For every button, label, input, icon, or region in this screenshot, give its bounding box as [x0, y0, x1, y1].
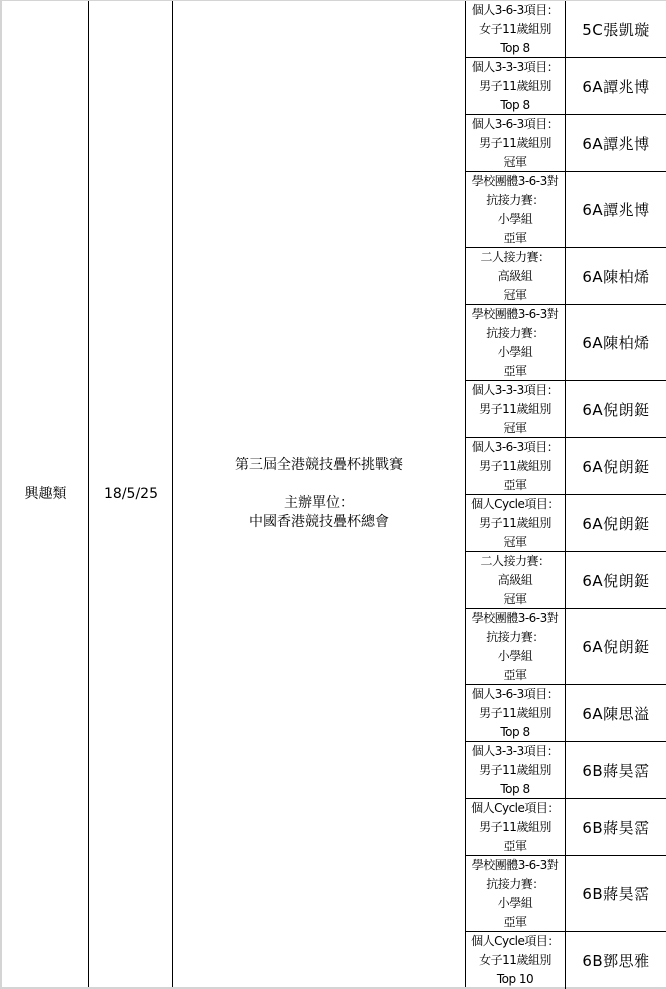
table-row: 個人Cycle項目：女子11歲組別Top 106B鄧思雅	[465, 932, 666, 989]
award-winner: 6A倪朗鋌	[566, 609, 666, 684]
award-item-line: 高級組	[498, 267, 533, 286]
award-item-cell: 個人Cycle項目：男子11歲組別冠軍	[465, 495, 566, 551]
award-item-cell: 個人3-6-3項目：女子11歲組別Top 8	[465, 1, 566, 57]
award-item-line: 亞軍	[503, 362, 526, 381]
award-winner: 6B蔣昊霑	[566, 856, 666, 931]
table-row: 二人接力賽：高級組冠軍6A陳柏烯	[465, 248, 666, 305]
award-item-line: 小學組	[498, 647, 533, 666]
award-item-line: 個人3-6-3項目：	[472, 685, 559, 704]
award-item-cell: 學校團體3-6-3對抗接力賽：小學組亞軍	[465, 305, 566, 380]
award-item-cell: 學校團體3-6-3對抗接力賽：小學組亞軍	[465, 856, 566, 931]
award-item-cell: 個人3-3-3項目：男子11歲組別Top 8	[465, 58, 566, 114]
award-item-line: 冠軍	[503, 590, 526, 609]
table-row: 個人3-6-3項目：男子11歲組別冠軍6A譚兆博	[465, 115, 666, 172]
award-item-cell: 個人3-6-3項目：男子11歲組別冠軍	[465, 115, 566, 171]
award-winner: 6A陳柏烯	[566, 248, 666, 304]
award-winner: 6A譚兆博	[566, 58, 666, 114]
award-item-line: 女子11歲組別	[479, 951, 551, 970]
award-item-line: 抗接力賽：	[486, 324, 544, 343]
award-item-cell: 二人接力賽：高級組冠軍	[465, 248, 566, 304]
organizer-label: 主辦單位：	[284, 494, 354, 513]
table-row: 學校團體3-6-3對抗接力賽：小學組亞軍6A倪朗鋌	[465, 609, 666, 685]
award-item-line: 小學組	[498, 210, 533, 229]
event-cell: 第三屆全港競技疊杯挑戰賽 主辦單位： 中國香港競技疊杯總會	[172, 1, 466, 987]
award-winner: 6A倪朗鋌	[566, 495, 666, 551]
award-item-cell: 學校團體3-6-3對抗接力賽：小學組亞軍	[465, 172, 566, 247]
award-item-line: 男子11歲組別	[479, 704, 551, 723]
award-item-line: 抗接力賽：	[486, 191, 544, 210]
award-item-line: 男子11歲組別	[479, 77, 551, 96]
event-name: 第三屆全港競技疊杯挑戰賽	[235, 456, 403, 475]
award-item-line: Top 10	[497, 970, 533, 989]
award-item-line: 個人3-6-3項目：	[472, 438, 559, 457]
award-item-line: 小學組	[498, 343, 533, 362]
award-winner: 6A譚兆博	[566, 172, 666, 247]
award-winner: 6B蔣昊霑	[566, 742, 666, 798]
award-item-line: Top 8	[500, 723, 529, 742]
award-item-line: 女子11歲組別	[479, 20, 551, 39]
award-item-line: 二人接力賽：	[480, 248, 549, 267]
date-cell: 18/5/25	[88, 1, 173, 987]
award-item-line: 個人3-3-3項目：	[472, 742, 559, 761]
award-item-line: Top 8	[500, 39, 529, 58]
award-winner: 6A倪朗鋌	[566, 381, 666, 437]
table-row: 學校團體3-6-3對抗接力賽：小學組亞軍6A譚兆博	[465, 172, 666, 248]
table-row: 學校團體3-6-3對抗接力賽：小學組亞軍6B蔣昊霑	[465, 856, 666, 932]
table-row: 個人3-6-3項目：女子11歲組別Top 85C張凱璇	[465, 1, 666, 58]
award-winner: 6B鄧思雅	[566, 932, 666, 989]
award-item-line: 個人Cycle項目：	[471, 799, 559, 818]
table-row: 個人3-3-3項目：男子11歲組別Top 86A譚兆博	[465, 58, 666, 115]
award-item-line: 冠軍	[503, 533, 526, 552]
award-item-line: 冠軍	[503, 419, 526, 438]
award-item-cell: 個人3-6-3項目：男子11歲組別Top 8	[465, 685, 566, 741]
award-item-cell: 個人Cycle項目：女子11歲組別Top 10	[465, 932, 566, 989]
award-item-line: 個人3-3-3項目：	[472, 58, 559, 77]
award-item-line: 男子11歲組別	[479, 761, 551, 780]
award-item-cell: 二人接力賽：高級組冠軍	[465, 552, 566, 608]
table-row: 二人接力賽：高級組冠軍6A倪朗鋌	[465, 552, 666, 609]
award-item-line: 個人Cycle項目：	[471, 932, 559, 951]
table-row: 個人3-6-3項目：男子11歲組別亞軍6A倪朗鋌	[465, 438, 666, 495]
award-item-line: 個人3-6-3項目：	[472, 115, 559, 134]
award-item-line: 學校團體3-6-3對	[472, 856, 559, 875]
award-item-cell: 個人3-6-3項目：男子11歲組別亞軍	[465, 438, 566, 494]
award-item-cell: 個人Cycle項目：男子11歲組別亞軍	[465, 799, 566, 855]
award-item-line: 個人3-6-3項目：	[472, 1, 559, 20]
table-row: 個人3-3-3項目：男子11歲組別Top 86B蔣昊霑	[465, 742, 666, 799]
award-item-line: 亞軍	[503, 666, 526, 685]
category-label: 興趣類	[25, 485, 67, 504]
award-item-cell: 學校團體3-6-3對抗接力賽：小學組亞軍	[465, 609, 566, 684]
award-item-line: 學校團體3-6-3對	[472, 172, 559, 191]
award-winner: 6A倪朗鋌	[566, 552, 666, 608]
award-item-line: 亞軍	[503, 476, 526, 495]
award-item-line: 學校團體3-6-3對	[472, 305, 559, 324]
award-winner: 5C張凱璇	[566, 1, 666, 57]
award-winner: 6A陳思溢	[566, 685, 666, 741]
award-item-line: 抗接力賽：	[486, 628, 544, 647]
award-winner: 6B蔣昊霑	[566, 799, 666, 855]
award-item-line: Top 8	[500, 96, 529, 115]
awards-table: 興趣類 18/5/25 第三屆全港競技疊杯挑戰賽 主辦單位： 中國香港競技疊杯總…	[0, 0, 666, 989]
award-item-cell: 個人3-3-3項目：男子11歲組別冠軍	[465, 381, 566, 437]
category-cell: 興趣類	[4, 1, 87, 987]
table-row: 個人3-3-3項目：男子11歲組別冠軍6A倪朗鋌	[465, 381, 666, 438]
award-item-line: 冠軍	[503, 153, 526, 172]
award-item-line: 男子11歲組別	[479, 514, 551, 533]
award-item-line: 個人Cycle項目：	[471, 495, 559, 514]
event-date: 18/5/25	[104, 485, 158, 504]
award-item-line: 男子11歲組別	[479, 457, 551, 476]
award-item-line: 男子11歲組別	[479, 400, 551, 419]
table-row: 個人Cycle項目：男子11歲組別亞軍6B蔣昊霑	[465, 799, 666, 856]
award-item-line: 個人3-3-3項目：	[472, 381, 559, 400]
award-item-cell: 個人3-3-3項目：男子11歲組別Top 8	[465, 742, 566, 798]
table-row: 個人3-6-3項目：男子11歲組別Top 86A陳思溢	[465, 685, 666, 742]
award-item-line: 冠軍	[503, 286, 526, 305]
award-winner: 6A陳柏烯	[566, 305, 666, 380]
table-row: 學校團體3-6-3對抗接力賽：小學組亞軍6A陳柏烯	[465, 305, 666, 381]
award-item-line: Top 8	[500, 780, 529, 799]
award-item-line: 男子11歲組別	[479, 818, 551, 837]
organizer-name: 中國香港競技疊杯總會	[249, 513, 389, 532]
awards-list: 個人3-6-3項目：女子11歲組別Top 85C張凱璇個人3-3-3項目：男子1…	[465, 1, 666, 989]
award-item-line: 亞軍	[503, 913, 526, 932]
award-item-line: 亞軍	[503, 229, 526, 248]
award-item-line: 學校團體3-6-3對	[472, 609, 559, 628]
award-winner: 6A譚兆博	[566, 115, 666, 171]
table-row: 個人Cycle項目：男子11歲組別冠軍6A倪朗鋌	[465, 495, 666, 552]
award-item-line: 亞軍	[503, 837, 526, 856]
award-item-line: 高級組	[498, 571, 533, 590]
award-winner: 6A倪朗鋌	[566, 438, 666, 494]
award-item-line: 小學組	[498, 894, 533, 913]
award-item-line: 男子11歲組別	[479, 134, 551, 153]
award-item-line: 二人接力賽：	[480, 552, 549, 571]
award-item-line: 抗接力賽：	[486, 875, 544, 894]
